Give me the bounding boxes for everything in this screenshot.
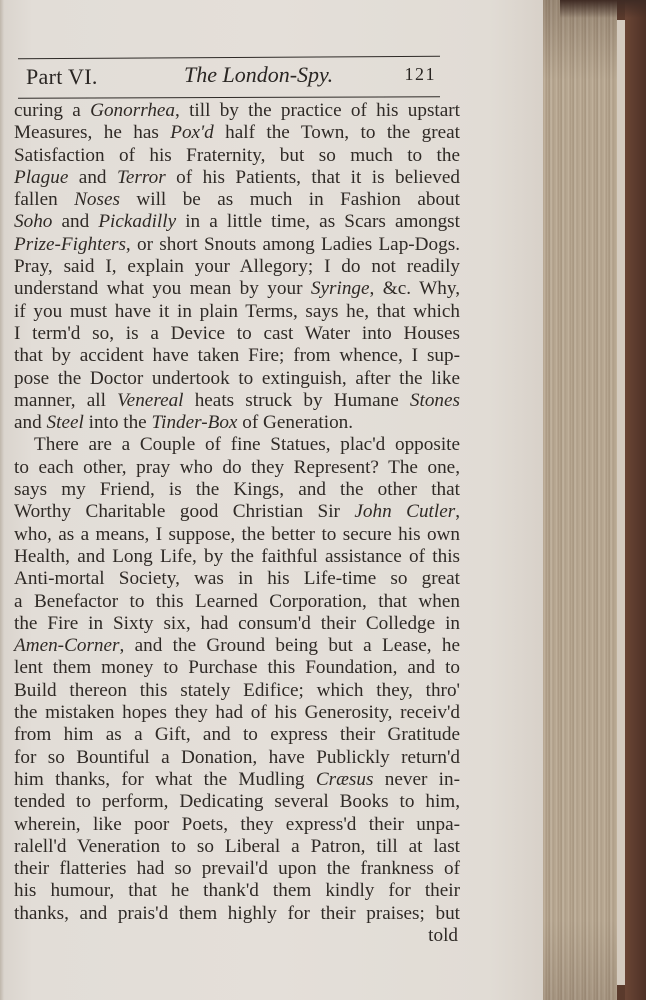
text-segment: never in- [373,769,460,790]
text-segment: manner, all [14,390,117,411]
text-line: a Benefactor to this Learned Corporation… [14,591,460,613]
text-line: Pray, said I, explain your Allegory; I d… [14,256,460,278]
text-line: the Fire in Sixty six, had consum'd thei… [14,613,460,635]
text-segment: , and the Ground being but a Lease, he [120,635,460,656]
text-line: Build thereon this stately Edifice; whic… [14,680,460,702]
italic-text: John Cutler [354,501,455,522]
text-segment: his humour, that he thank'd them kindly … [14,880,460,901]
text-segment: Health, and Long Life, by the faithful a… [14,546,460,567]
text-line: Health, and Long Life, by the faithful a… [14,546,460,568]
text-line: if you must have it in plain Terms, says… [14,301,460,323]
text-segment: says my Friend, is the Kings, and the ot… [14,479,460,500]
text-segment: who, as a means, I suppose, the better t… [14,524,460,545]
italic-text: Amen-Corner [14,635,120,656]
text-segment: , or short Snouts among Ladies Lap-Dogs. [126,234,460,255]
header-bottom-rule [18,96,440,98]
text-segment: heats struck by Humane [184,390,410,411]
text-segment: ralell'd Veneration to so Liberal a Patr… [14,836,460,857]
text-line: Plague and Terror of his Patients, that … [14,167,460,189]
text-line: his humour, that he thank'd them kindly … [14,880,460,902]
text-segment: , &c. Why, [370,278,460,299]
text-line: their flatteries had so prevail'd upon t… [14,858,460,880]
text-segment: of Generation. [237,412,353,433]
text-segment: Build thereon this stately Edifice; whic… [14,680,460,701]
text-line: I term'd so, is a Device to cast Water i… [14,323,460,345]
text-line: understand what you mean by your Syringe… [14,278,460,300]
part-label: Part VI. [26,64,98,90]
text-line: Prize-Fighters, or short Snouts among La… [14,234,460,256]
text-line: pose the Doctor undertook to extinguish,… [14,368,460,390]
text-line: Worthy Charitable good Christian Sir Joh… [14,501,460,523]
text-line: Soho and Pickadilly in a little time, as… [14,211,460,233]
italic-text: Cræsus [316,769,374,790]
text-line: and Steel into the Tinder-Box of Generat… [14,412,460,434]
text-segment: a Benefactor to this Learned Corporation… [14,591,460,612]
text-segment: wherein, like poor Poets, they express'd… [14,814,460,835]
body-text: curing a Gonorrhea, till by the practice… [14,100,460,947]
italic-text: Pickadilly [98,211,176,232]
text-segment: lent them money to Purchase this Foundat… [14,657,460,678]
page-number: 121 [405,64,437,85]
text-segment: pose the Doctor undertook to extinguish,… [14,368,460,389]
text-line: tended to perform, Dedicating several Bo… [14,791,460,813]
italic-text: Noses [74,189,120,210]
text-line: wherein, like poor Poets, they express'd… [14,814,460,836]
header-top-rule [18,56,440,60]
text-line: Anti-mortal Society, was in his Life-tim… [14,568,460,590]
text-segment: him thanks, for what the Mudling [14,769,316,790]
text-line: fallen Noses will be as much in Fashion … [14,189,460,211]
text-segment: that by accident have taken Fire; from w… [14,345,460,366]
book-cover [625,0,646,1000]
text-line: Amen-Corner, and the Ground being but a … [14,635,460,657]
text-line: who, as a means, I suppose, the better t… [14,524,460,546]
text-line: from him as a Gift, and to express their… [14,724,460,746]
text-segment: , till by the practice of his upstart [175,100,460,121]
text-segment: the Fire in Sixty six, had consum'd thei… [14,613,460,634]
text-segment: Anti-mortal Society, was in his Life-tim… [14,568,460,589]
text-line: manner, all Venereal heats struck by Hum… [14,390,460,412]
text-line: him thanks, for what the Mudling Cræsus … [14,769,460,791]
text-segment: I term'd so, is a Device to cast Water i… [14,323,460,344]
italic-text: Plague [14,167,68,188]
text-segment: the mistaken hopes they had of his Gener… [14,702,460,723]
text-segment: fallen [14,189,74,210]
text-segment: their flatteries had so prevail'd upon t… [14,858,460,879]
italic-text: Gonorrhea [90,100,175,121]
italic-text: Soho [14,211,52,232]
text-line: ralell'd Veneration to so Liberal a Patr… [14,836,460,858]
text-segment: There are a Couple of fine Statues, plac… [34,434,460,455]
text-segment: in a little time, as Scars amongst [176,211,460,232]
italic-text: Steel [47,412,84,433]
text-segment: from him as a Gift, and to express their… [14,724,460,745]
text-line: thanks, and prais'd them highly for thei… [14,903,460,925]
text-line: says my Friend, is the Kings, and the ot… [14,479,460,501]
text-segment: tended to perform, Dedicating several Bo… [14,791,460,812]
italic-text: Pox'd [170,122,214,143]
italic-text: Tinder-Box [152,412,238,433]
text-line: the mistaken hopes they had of his Gener… [14,702,460,724]
running-head: Part VI. The London-Spy. 121 [26,62,436,94]
italic-text: Stones [410,390,460,411]
text-segment: will be as much in Fashion about [120,189,460,210]
book-page: Part VI. The London-Spy. 121 curing a Go… [0,0,543,1000]
italic-text: Terror [117,167,166,188]
text-line: Satisfaction of his Fraternity, but so m… [14,145,460,167]
book-title: The London-Spy. [184,62,333,88]
text-segment: half the Town, to the great [214,122,460,143]
text-segment: understand what you mean by your [14,278,311,299]
text-segment: and [52,211,98,232]
text-segment: Satisfaction of his Fraternity, but so m… [14,145,460,166]
text-segment: for so Bountiful a Donation, have Public… [14,747,460,768]
cover-shadow [560,0,646,18]
text-segment: Worthy Charitable good Christian Sir [14,501,354,522]
text-segment: and [14,412,47,433]
text-line: There are a Couple of fine Statues, plac… [14,434,460,456]
text-line: curing a Gonorrhea, till by the practice… [14,100,460,122]
text-segment: of his Patients, that it is believed [166,167,460,188]
catchword: told [14,925,460,947]
text-line: that by accident have taken Fire; from w… [14,345,460,367]
text-line: to each other, pray who do they Represen… [14,457,460,479]
text-segment: Measures, he has [14,122,170,143]
text-line: Measures, he has Pox'd half the Town, to… [14,122,460,144]
page-edges [543,0,617,1000]
endpaper-edge [617,20,625,985]
italic-text: Venereal [117,390,183,411]
text-line: lent them money to Purchase this Foundat… [14,657,460,679]
text-segment: thanks, and prais'd them highly for thei… [14,903,460,924]
text-segment: to each other, pray who do they Represen… [14,457,460,478]
italic-text: Syringe [311,278,370,299]
text-segment: and [68,167,117,188]
italic-text: Prize-Fighters [14,234,126,255]
text-segment: curing a [14,100,90,121]
text-line: for so Bountiful a Donation, have Public… [14,747,460,769]
text-segment: Pray, said I, explain your Allegory; I d… [14,256,460,277]
text-segment: if you must have it in plain Terms, says… [14,301,460,322]
text-segment: into the [84,412,152,433]
text-segment: , [455,501,460,522]
